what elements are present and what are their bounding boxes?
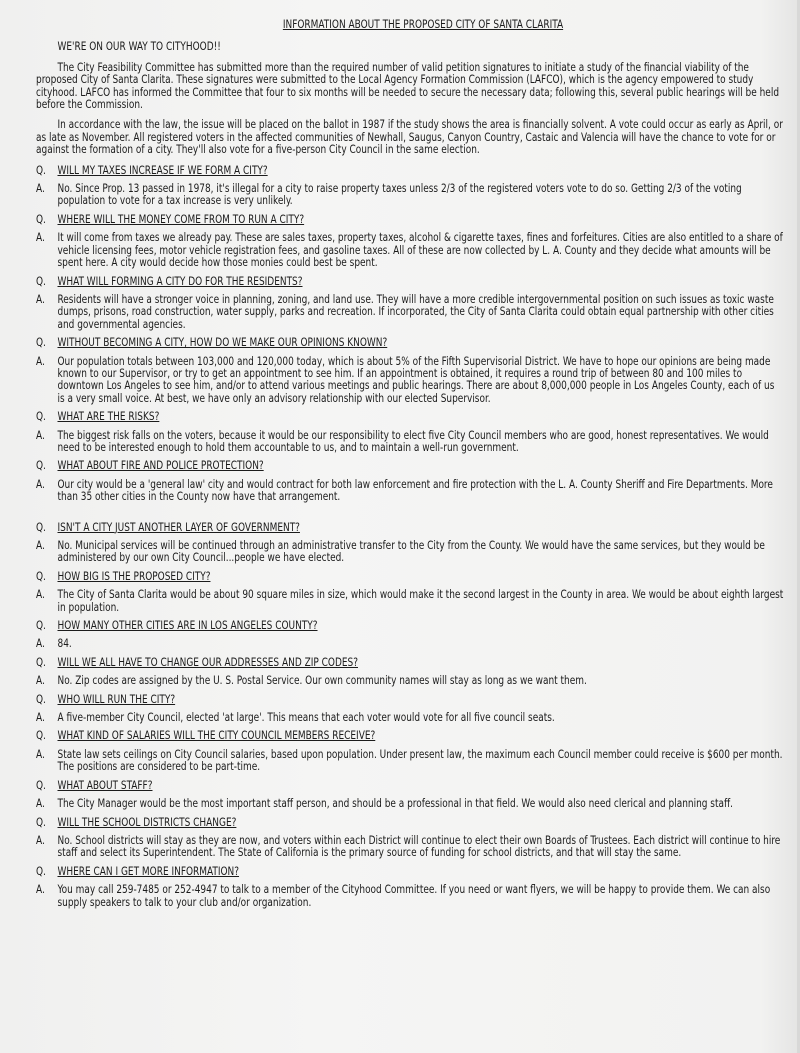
answer-text: The City of Santa Clarita would be about… — [58, 588, 785, 613]
answer-label: A. — [36, 539, 58, 564]
faq-answer: A. Our city would be a 'general law' cit… — [36, 478, 784, 503]
question-label: Q. — [36, 459, 58, 471]
answer-label: A. — [36, 478, 58, 503]
answer-text: No. Since Prop. 13 passed in 1978, it's … — [58, 182, 785, 207]
faq-answer: A. A five-member City Council, elected '… — [36, 711, 784, 723]
question-label: Q. — [36, 779, 58, 791]
question-label: Q. — [36, 336, 58, 348]
faq-question: Q. WHO WILL RUN THE CITY? — [36, 693, 784, 705]
answer-label: A. — [36, 588, 58, 613]
question-text: WHAT ABOUT STAFF? — [58, 779, 785, 791]
question-text: WILL MY TAXES INCREASE IF WE FORM A CITY… — [58, 164, 785, 176]
answer-label: A. — [36, 797, 58, 809]
question-label: Q. — [36, 275, 58, 287]
intro-heading: WE'RE ON OUR WAY TO CITYHOOD!! — [58, 40, 785, 52]
faq-answer: A. No. Municipal services will be contin… — [36, 539, 784, 564]
question-text: WILL WE ALL HAVE TO CHANGE OUR ADDRESSES… — [58, 656, 785, 668]
question-label: Q. — [36, 570, 58, 582]
answer-text: No. Municipal services will be continued… — [58, 539, 785, 564]
answer-label: A. — [36, 711, 58, 723]
faq-answer: A. Residents will have a stronger voice … — [36, 293, 784, 330]
question-label: Q. — [36, 521, 58, 533]
intro-paragraph: The City Feasibility Committee has submi… — [36, 61, 784, 111]
intro-paragraph: In accordance with the law, the issue wi… — [36, 118, 784, 155]
answer-text: State law sets ceilings on City Council … — [58, 748, 785, 773]
question-text: WHERE CAN I GET MORE INFORMATION? — [58, 865, 785, 877]
answer-text: Residents will have a stronger voice in … — [58, 293, 785, 330]
answer-label: A. — [36, 293, 58, 330]
faq-question: Q. HOW MANY OTHER CITIES ARE IN LOS ANGE… — [36, 619, 784, 631]
question-text: HOW MANY OTHER CITIES ARE IN LOS ANGELES… — [58, 619, 785, 631]
answer-text: Our population totals between 103,000 an… — [58, 355, 785, 405]
answer-label: A. — [36, 231, 58, 268]
answer-text: A five-member City Council, elected 'at … — [58, 711, 785, 723]
faq-list: Q. WILL MY TAXES INCREASE IF WE FORM A C… — [36, 164, 784, 908]
faq-question: Q. WHAT ARE THE RISKS? — [36, 410, 784, 422]
faq-answer: A. No. School districts will stay as the… — [36, 834, 784, 859]
answer-label: A. — [36, 637, 58, 649]
answer-text: The biggest risk falls on the voters, be… — [58, 429, 785, 454]
answer-text: No. Zip codes are assigned by the U. S. … — [58, 674, 785, 686]
document-title: INFORMATION ABOUT THE PROPOSED CITY OF S… — [36, 18, 784, 30]
question-text: WILL THE SCHOOL DISTRICTS CHANGE? — [58, 816, 785, 828]
faq-answer: A. The biggest risk falls on the voters,… — [36, 429, 784, 454]
question-label: Q. — [36, 164, 58, 176]
question-text: WITHOUT BECOMING A CITY, HOW DO WE MAKE … — [58, 336, 785, 348]
document-body: INFORMATION ABOUT THE PROPOSED CITY OF S… — [36, 18, 784, 914]
question-label: Q. — [36, 693, 58, 705]
question-label: Q. — [36, 656, 58, 668]
faq-answer: A. State law sets ceilings on City Counc… — [36, 748, 784, 773]
faq-answer: A. The City Manager would be the most im… — [36, 797, 784, 809]
faq-question: Q. WILL MY TAXES INCREASE IF WE FORM A C… — [36, 164, 784, 176]
answer-text: Our city would be a 'general law' city a… — [58, 478, 785, 503]
question-text: WHAT ARE THE RISKS? — [58, 410, 785, 422]
question-label: Q. — [36, 729, 58, 741]
answer-label: A. — [36, 748, 58, 773]
answer-text: You may call 259-7485 or 252-4947 to tal… — [58, 883, 785, 908]
answer-text: It will come from taxes we already pay. … — [58, 231, 785, 268]
faq-question: Q. WHERE CAN I GET MORE INFORMATION? — [36, 865, 784, 877]
answer-label: A. — [36, 674, 58, 686]
faq-question: Q. WITHOUT BECOMING A CITY, HOW DO WE MA… — [36, 336, 784, 348]
faq-question: Q. WHERE WILL THE MONEY COME FROM TO RUN… — [36, 213, 784, 225]
question-text: WHAT ABOUT FIRE AND POLICE PROTECTION? — [58, 459, 785, 471]
question-text: WHO WILL RUN THE CITY? — [58, 693, 785, 705]
question-label: Q. — [36, 213, 58, 225]
faq-answer: A. It will come from taxes we already pa… — [36, 231, 784, 268]
faq-answer: A. 84. — [36, 637, 784, 649]
question-label: Q. — [36, 865, 58, 877]
scanned-page: INFORMATION ABOUT THE PROPOSED CITY OF S… — [0, 0, 800, 1053]
question-text: WHERE WILL THE MONEY COME FROM TO RUN A … — [58, 213, 785, 225]
question-label: Q. — [36, 816, 58, 828]
spacer — [36, 509, 784, 521]
answer-label: A. — [36, 355, 58, 405]
question-text: HOW BIG IS THE PROPOSED CITY? — [58, 570, 785, 582]
faq-question: Q. WHAT ABOUT FIRE AND POLICE PROTECTION… — [36, 459, 784, 471]
faq-question: Q. WHAT ABOUT STAFF? — [36, 779, 784, 791]
faq-question: Q. WHAT KIND OF SALARIES WILL THE CITY C… — [36, 729, 784, 741]
answer-text: The City Manager would be the most impor… — [58, 797, 785, 809]
faq-answer: A. No. Since Prop. 13 passed in 1978, it… — [36, 182, 784, 207]
faq-answer: A. The City of Santa Clarita would be ab… — [36, 588, 784, 613]
faq-answer: A. Our population totals between 103,000… — [36, 355, 784, 405]
faq-answer: A. No. Zip codes are assigned by the U. … — [36, 674, 784, 686]
question-text: ISN'T A CITY JUST ANOTHER LAYER OF GOVER… — [58, 521, 785, 533]
answer-label: A. — [36, 834, 58, 859]
faq-question: Q. WHAT WILL FORMING A CITY DO FOR THE R… — [36, 275, 784, 287]
answer-text: No. School districts will stay as they a… — [58, 834, 785, 859]
question-text: WHAT WILL FORMING A CITY DO FOR THE RESI… — [58, 275, 785, 287]
answer-label: A. — [36, 883, 58, 908]
faq-answer: A. You may call 259-7485 or 252-4947 to … — [36, 883, 784, 908]
question-label: Q. — [36, 410, 58, 422]
faq-question: Q. WILL WE ALL HAVE TO CHANGE OUR ADDRES… — [36, 656, 784, 668]
answer-label: A. — [36, 429, 58, 454]
question-label: Q. — [36, 619, 58, 631]
faq-question: Q. HOW BIG IS THE PROPOSED CITY? — [36, 570, 784, 582]
question-text: WHAT KIND OF SALARIES WILL THE CITY COUN… — [58, 729, 785, 741]
answer-text: 84. — [58, 637, 785, 649]
faq-question: Q. WILL THE SCHOOL DISTRICTS CHANGE? — [36, 816, 784, 828]
faq-question: Q. ISN'T A CITY JUST ANOTHER LAYER OF GO… — [36, 521, 784, 533]
answer-label: A. — [36, 182, 58, 207]
